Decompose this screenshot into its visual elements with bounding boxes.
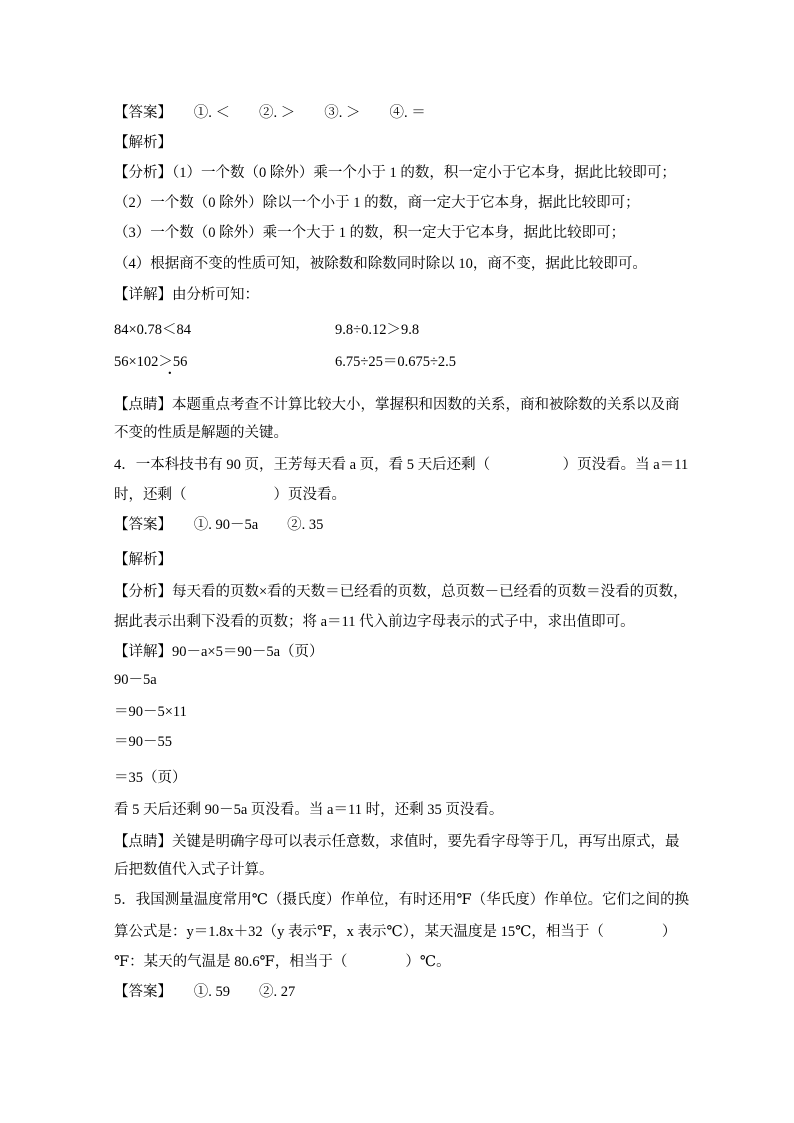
q4-question-1: 4．一本科技书有 90 页，王芳每天看 a 页，看 5 天后还剩（ ）页没看。当… (114, 450, 688, 480)
q4-detail-5: ＝35（页） (114, 763, 187, 793)
q3-comparison-2-right: 6.75÷25＝0.675÷2.5 (335, 347, 456, 377)
q3-jiexi-label: 【解析】 (114, 128, 172, 158)
q3-answer-line: 【答案】 ①. ＜ ②. ＞ ③. ＞ ④. ＝ (114, 98, 426, 128)
q3-comparison-row-1: 84×0.78＜84 9.8÷0.12＞9.8 (0, 315, 794, 345)
q4-detail-1: 【详解】90－a×5＝90－5a（页） (114, 637, 324, 667)
q4-detail-2: 90－5a (114, 665, 157, 695)
q4-answer-line: 【答案】 ①. 90－5a ②. 35 (114, 510, 323, 540)
q5-question-1: 5．我国测量温度常用℃（摄氏度）作单位，有时还用℉（华氏度）作单位。它们之间的换 (114, 885, 689, 915)
q5-question-2: 算公式是：y＝1.8x＋32（y 表示℉，x 表示℃），某天温度是 15℃，相当… (114, 917, 676, 947)
q4-tips-1: 【点睛】关键是明确字母可以表示任意数，求值时，要先看字母等于几，再写出原式，最 (114, 827, 680, 857)
q3-comparison-1-right: 9.8÷0.12＞9.8 (335, 315, 419, 345)
q3-comparison-row-2: 56×102＞56 6.75÷25＝0.675÷2.5 (0, 347, 794, 377)
q4-detail-3: ＝90－5×11 (114, 697, 187, 727)
q3-comparison-2-left: 56×102＞56 (114, 347, 187, 377)
q3-analysis-2: （2）一个数（0 除外）除以一个小于 1 的数，商一定大于它本身，据此比较即可； (114, 188, 640, 218)
q5-question-3: ℉：某天的气温是 80.6℉，相当于（ ）℃。 (114, 947, 451, 977)
stray-period: . (168, 355, 172, 385)
q4-tips-2: 后把数值代入式子计算。 (114, 855, 274, 885)
q3-tips-2: 不变的性质是解题的关键。 (114, 418, 288, 448)
q3-analysis-3: （3）一个数（0 除外）乘一个大于 1 的数，积一定大于它本身，据此比较即可； (114, 218, 625, 248)
q3-comparison-1-left: 84×0.78＜84 (114, 315, 191, 345)
q4-analysis-1: 【分析】每天看的页数×看的天数＝已经看的页数，总页数－已经看的页数＝没看的页数， (114, 577, 688, 607)
q4-detail-4: ＝90－55 (114, 727, 172, 757)
q4-jiexi-label: 【解析】 (114, 545, 172, 575)
q4-question-2: 时，还剩（ ）页没看。 (114, 480, 346, 510)
q4-analysis-2: 据此表示出剩下没看的页数；将 a＝11 代入前边字母表示的式子中，求出值即可。 (114, 607, 635, 637)
q5-answer-line: 【答案】 ①. 59 ②. 27 (114, 977, 295, 1007)
q3-analysis-4: （4）根据商不变的性质可知，被除数和除数同时除以 10，商不变，据此比较即可。 (114, 249, 647, 279)
q3-tips-1: 【点睛】本题重点考查不计算比较大小，掌握积和因数的关系，商和被除数的关系以及商 (114, 390, 680, 420)
q3-analysis-1: 【分析】（1）一个数（0 除外）乘一个小于 1 的数，积一定小于它本身，据此比较… (114, 158, 676, 188)
q3-detail-intro: 【详解】由分析可知： (114, 280, 259, 310)
q4-detail-6: 看 5 天后还剩 90－5a 页没看。当 a＝11 时，还剩 35 页没看。 (114, 795, 503, 825)
document-page: 【答案】 ①. ＜ ②. ＞ ③. ＞ ④. ＝ 【解析】 【分析】（1）一个数… (0, 0, 794, 1123)
